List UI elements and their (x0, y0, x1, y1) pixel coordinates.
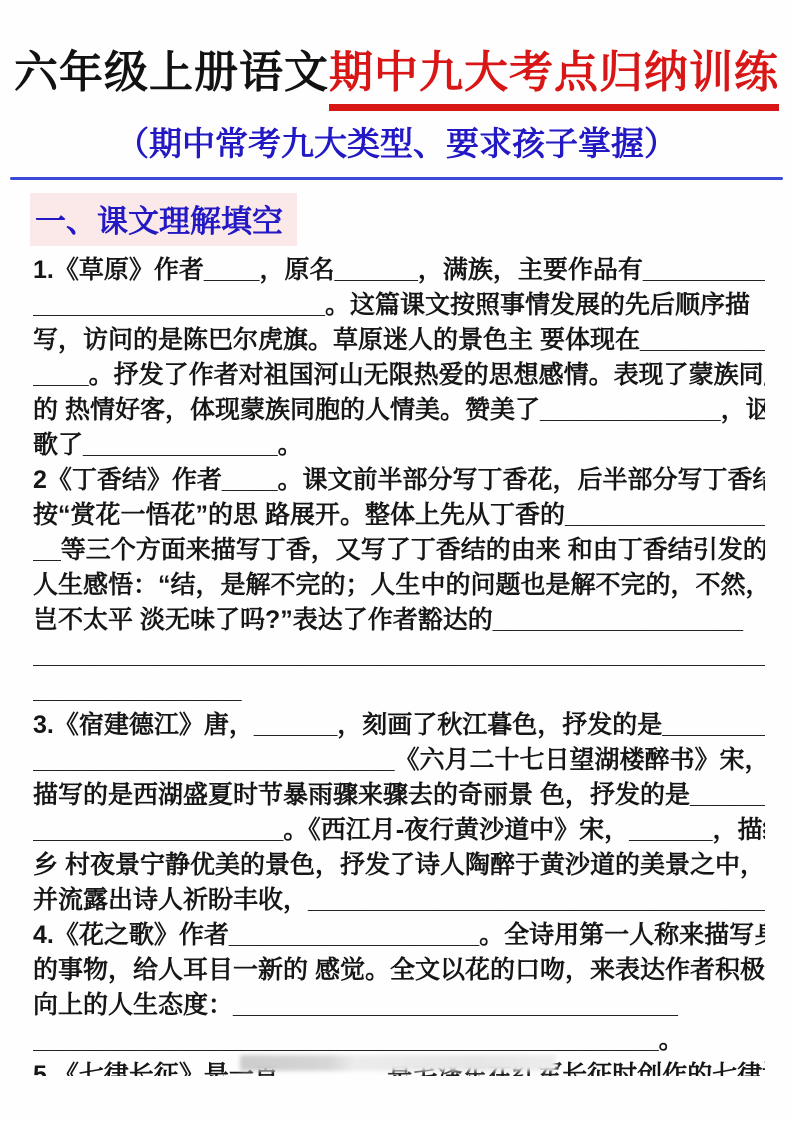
text-line: 歌了______________。 (33, 428, 765, 463)
header-divider (10, 177, 783, 180)
text-line: 4.《花之歌》作者__________________。全诗用第一人称来描写身边 (33, 918, 765, 953)
title-topic-part: 期中九大考点归纳训练 (329, 36, 779, 104)
text-line: 的事物，给人耳目一新的 感觉。全文以花的口吻，来表达作者积极 (33, 953, 765, 988)
text-line: 并流露出诗人祈盼丰收，_____________________________… (33, 883, 765, 918)
text-line: _____________________。这篇课文按照事情发展的先后顺序描 (33, 288, 765, 323)
watermark-redaction (240, 1055, 556, 1071)
header: 六年级上册语文期中九大考点归纳训练 （期中常考九大类型、要求孩子掌握） (0, 36, 793, 180)
section-heading-row: 一、课文理解填空 (30, 193, 793, 246)
section-heading: 一、课文理解填空 (30, 193, 297, 246)
worksheet-lines: 1.《草原》作者____，原名______，满族，主要作品有__________… (33, 253, 765, 1076)
page-title: 六年级上册语文期中九大考点归纳训练 (6, 36, 787, 104)
text-line: 3.《宿建德江》唐，______，刻画了秋江暮色，抒发的是__________ (33, 708, 765, 743)
text-line: 写，访问的是陈巴尔虎旗。草原迷人的景色主 要体现在___________ (33, 323, 765, 358)
text-line: 向上的人生态度：________________________________ (33, 988, 765, 1023)
text-line: __________________。《西江月-夜行黄沙道中》宋，______，… (33, 813, 765, 848)
text-line: 2《丁香结》作者____。课文前半部分写丁香花，后半部分写丁香结， (33, 463, 765, 498)
text-line: __________________________《六月二十七日望湖楼醉书》宋… (33, 743, 765, 778)
title-grade-part: 六年级上册语文 (14, 48, 329, 97)
text-line: __等三个方面来描写丁香，又写了丁香结的由来 和由丁香结引发的 (33, 533, 765, 568)
text-line: ____。抒发了作者对祖国河山无限热爱的思想感情。表现了蒙族同胞 (33, 358, 765, 393)
text-line: 按“赏花一悟花”的思 路展开。整体上先从丁香的_______________ (33, 498, 765, 533)
text-line: 1.《草原》作者____，原名______，满族，主要作品有__________… (33, 253, 765, 288)
text-line: 人生感悟：“结，是解不完的；人生中的问题也是解不完的，不然， (33, 568, 765, 603)
text-line: _______________ (33, 673, 765, 708)
text-line: ________________________________________… (33, 1023, 765, 1058)
text-line: ________________________________________… (33, 638, 765, 673)
text-line: 岂不太平 淡无味了吗?”表达了作者豁达的__________________ (33, 603, 765, 638)
text-line: 的 热情好客，体现蒙族同胞的人情美。赞美了_____________，讴 (33, 393, 765, 428)
text-line: 乡 村夜景宁静优美的景色，抒发了诗人陶醉于黄沙道的美景之中， (33, 848, 765, 883)
worksheet-page: 六年级上册语文期中九大考点归纳训练 （期中常考九大类型、要求孩子掌握） 一、课文… (0, 0, 793, 1122)
text-line: 描写的是西湖盛夏时节暴雨骤来骤去的奇丽景 色，抒发的是______ (33, 778, 765, 813)
page-subtitle: （期中常考九大类型、要求孩子掌握） (0, 118, 793, 165)
